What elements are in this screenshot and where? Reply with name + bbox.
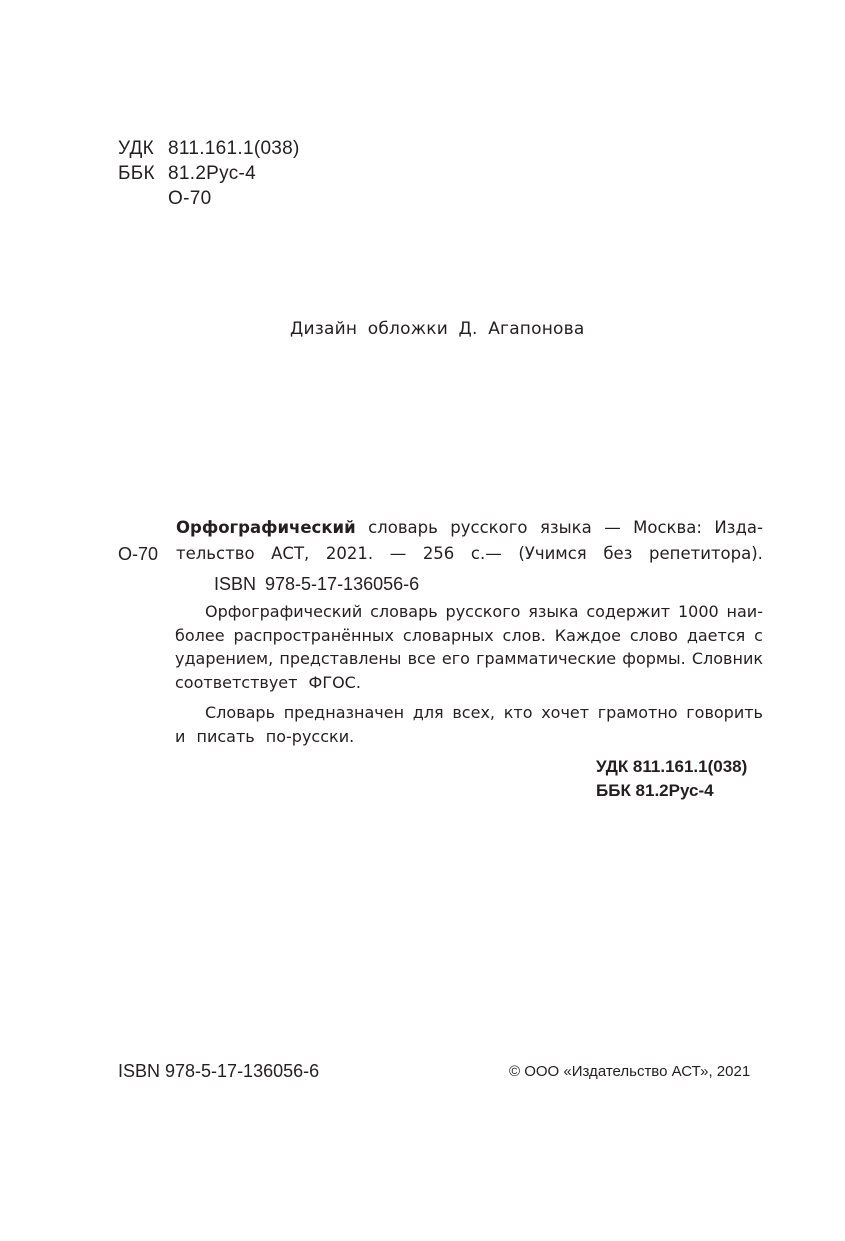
abstract-word: Словарь [205,701,275,725]
abstract-word: дается [687,624,745,648]
abstract-word: все [408,647,436,671]
bib-line-2: О-70 тельство АСТ, 2021. — 256 с.— (Учим… [118,541,763,567]
abstract-word: грамотно [598,701,678,725]
abstract-word: языка [528,600,578,624]
bib-word: (Учимся [518,541,586,567]
bib-word: с.— [471,541,502,567]
abstract-word: словарь [370,600,438,624]
abstract-word: словарных [403,624,494,648]
abstract-word: более [175,624,225,648]
abstract-line: соответствует ФГОС. [175,671,763,695]
abstract-word: наи- [727,600,763,624]
abstract-word: с [754,624,763,648]
abstract-word: распространённых [233,624,394,648]
abstract-line: Орфографическийсловарьрусскогоязыкасодер… [175,600,763,624]
bbk-label: ББК [118,161,168,186]
bib-word: Изда- [714,515,763,541]
cover-design-credit: Дизайн обложки Д. Агапонова [290,319,584,339]
bbk-row: ББК 81.2Рус-4 [118,161,300,186]
udk-code-bold: УДК 811.161.1(038) [596,755,747,779]
author-sign-row: О-70 [118,186,300,211]
classification-codes-right: УДК 811.161.1(038) ББК 81.2Рус-4 [596,755,747,803]
bib-word: АСТ, [271,541,309,567]
bib-line-1: Орфографический словарь русского языка —… [118,515,763,541]
udk-value: 811.161.1(038) [168,136,300,161]
bbk-value: 81.2Рус-4 [168,161,256,186]
bibliographic-description: Орфографический словарь русского языка —… [118,515,763,597]
abstract-word: слов. [503,624,546,648]
bib-word: Москва: [633,515,702,541]
author-sign: О-70 [168,186,211,211]
udk-row: УДК 811.161.1(038) [118,136,300,161]
abstract-word: содержит [586,600,670,624]
abstract-word: слово [630,624,678,648]
abstract-word: формы. [622,647,685,671]
abstract-word: представлены [279,647,401,671]
abstract-word: его [442,647,470,671]
udk-label: УДК [118,136,168,161]
bib-word: 2021. [326,541,373,567]
abstract-word: Орфографический [205,600,362,624]
abstract-line: и писать по-русски. [175,725,763,749]
abstract-word: русского [446,600,521,624]
book-title: Орфографический [176,515,356,541]
bib-word: словарь [368,515,438,541]
classification-block: УДК 811.161.1(038) ББК 81.2Рус-4 О-70 [118,136,300,211]
footer-isbn: ISBN 978-5-17-136056-6 [118,1061,319,1082]
paragraph-gap [175,694,763,701]
bib-isbn: ISBN 978-5-17-136056-6 [118,571,763,597]
abstract-word: всех, [452,701,495,725]
abstract-word: Словник [692,647,763,671]
abstract-word: Каждое [555,624,621,648]
bib-word: русского [450,515,527,541]
abstract-word: грамматические [476,647,616,671]
abstract-word: говорить [686,701,763,725]
footer-copyright: © ООО «Издательство АСТ», 2021 [509,1063,750,1080]
abstract-word: кто [504,701,533,725]
abstract-line: Словарьпредназначендлявсех,ктохочетграмо… [175,701,763,725]
bib-word: репетитора). [649,541,763,567]
bib-word: тельство [176,541,255,567]
bib-word: языка [540,515,592,541]
abstract: Орфографическийсловарьрусскогоязыкасодер… [175,600,763,748]
abstract-word: предназначен [284,701,404,725]
bbk-code-bold: ББК 81.2Рус-4 [596,779,747,803]
abstract-word: для [413,701,444,725]
bib-word: — [604,515,621,541]
bib-author-sign: О-70 [118,541,158,567]
bib-word: — [390,541,407,567]
abstract-word: 1000 [678,600,719,624]
abstract-word: ударением, [175,647,273,671]
bib-word: 256 [423,541,455,567]
abstract-line: ударением,представленывсеегограмматическ… [175,647,763,671]
bib-word: без [603,541,632,567]
abstract-word: хочет [541,701,589,725]
abstract-line: болеераспространённыхсловарныхслов.Каждо… [175,624,763,648]
